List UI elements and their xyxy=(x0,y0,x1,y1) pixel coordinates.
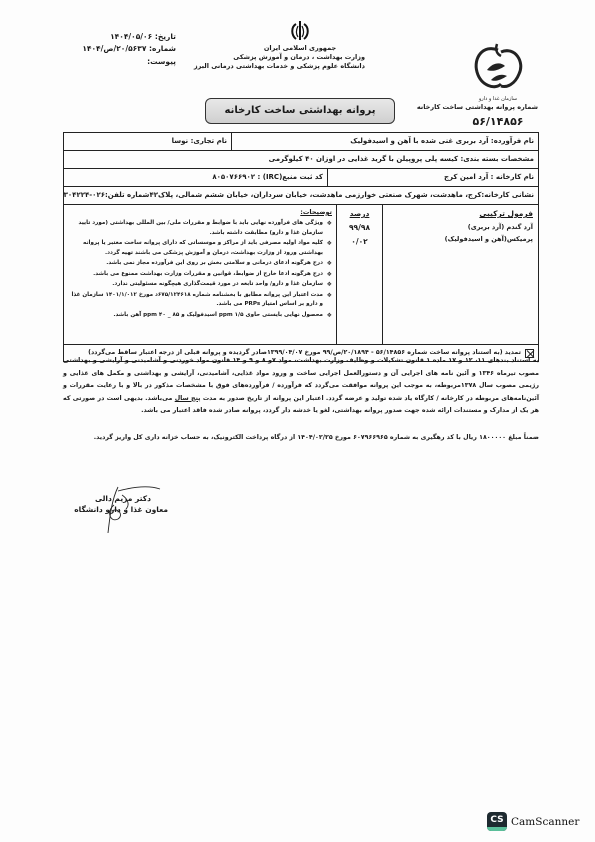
document-title: پروانه بهداشتی ساخت کارخانه xyxy=(205,98,395,124)
ingredient-item: آرد گندم (آرد بربری) xyxy=(388,221,533,233)
factory-address: نشانی کارخانه:کرج، ماهدشت، شهرک صنعتی خو… xyxy=(149,189,534,202)
fda-logo-block: سازمان غذا و دارو شماره پروانه بهداشتی س… xyxy=(458,40,538,128)
irc-code: کد ثبت منبع(IRC) : ۸۰۵۰۷۶۶۹۰۲ xyxy=(64,169,328,186)
signature-stroke-icon xyxy=(78,485,168,535)
percent-column: درصد ۹۹/۹۸ ۰/۰۲ xyxy=(336,205,383,344)
license-table: نام فرآورده: آرد بربری غنی شده با آهن و … xyxy=(63,132,539,362)
license-caption: شماره پروانه بهداشتی ساخت کارخانه xyxy=(458,104,538,112)
note-item: ❖درج هرگونه ادعا خارج از ضوابط، قوانین و… xyxy=(68,270,332,280)
camscanner-text: CamScanner xyxy=(511,816,579,828)
factory-name: نام کارخانه : آرد امین کرج xyxy=(328,169,538,186)
apple-leaf-logo-icon xyxy=(471,40,525,94)
bullet-icon: ❖ xyxy=(323,219,332,238)
notes-column: توضیحات: ❖ویژگی های فرآورده نهایی باید ب… xyxy=(64,205,336,344)
row-product: نام فرآورده: آرد بربری غنی شده با آهن و … xyxy=(64,133,538,151)
camscanner-watermark: CS CamScanner xyxy=(487,812,579,831)
percent-heading: درصد xyxy=(337,209,382,218)
payment-note: ضمناً مبلغ ۱۸۰۰۰۰۰ ریال با کد رهگیری به … xyxy=(63,434,539,441)
bullet-icon: ❖ xyxy=(323,270,332,280)
formula-section: فرمول ترکیبی آرد گندم (آرد بربری) پرمیکس… xyxy=(64,205,538,345)
address-cell: نشانی کارخانه:کرج، ماهدشت، شهرک صنعتی خو… xyxy=(64,187,538,204)
packaging-spec: مشخصات بسته بندی: کیسه پلی پروپیلن با گر… xyxy=(64,151,538,168)
note-item: ❖مدت اعتبار این پروانه مطابق با بخشنامه … xyxy=(68,291,332,310)
license-document: سازمان غذا و دارو شماره پروانه بهداشتی س… xyxy=(0,0,595,842)
ministry-header: جمهوری اسلامی ایران وزارت بهداشت ، درمان… xyxy=(235,20,365,70)
camscanner-logo-icon: CS xyxy=(487,812,507,831)
bullet-icon: ❖ xyxy=(323,291,332,310)
ingredient-item: پرمیکس(آهن و اسیدفولیک) xyxy=(388,233,533,245)
license-number: ۵۶/۱۴۸۵۶ xyxy=(458,115,538,128)
percent-value: ۰/۰۲ xyxy=(337,235,382,249)
bullet-icon: ❖ xyxy=(323,259,332,269)
logo-small-caption: سازمان غذا و دارو xyxy=(458,96,538,102)
notes-heading: توضیحات: xyxy=(68,208,332,216)
bullet-icon: ❖ xyxy=(323,280,332,290)
letter-meta: تاریخ: ۱۴۰۴/۰۵/۰۶ شماره: ۲۰/۵۶۳۷/ص/۱۴۰۴ … xyxy=(66,31,176,68)
factory-phone: شماره تلفن:۰۲۶-۳۷۳۰۴۲۲۴ xyxy=(64,189,149,202)
legal-paragraph: به استناد بندهای ۱۱، ۱۲ و ۱۷ ماده ۱ قانو… xyxy=(63,355,539,418)
bullet-icon: ❖ xyxy=(323,239,332,258)
signature-block: دکتر مریم دالی معاون غذا و دارو دانشگاه xyxy=(78,493,168,515)
ministry-line-1: جمهوری اسلامی ایران xyxy=(235,44,365,53)
iran-emblem-icon xyxy=(290,20,310,42)
bullet-icon: ❖ xyxy=(323,311,332,321)
ministry-line-3: دانشگاه علوم پزشکی و خدمات بهداشتی درمان… xyxy=(235,62,365,71)
ministry-line-2: وزارت بهداشت ، درمان و آموزش پزشکی xyxy=(235,53,365,62)
percent-value: ۹۹/۹۸ xyxy=(337,221,382,235)
note-item: ❖ویژگی های فرآورده نهایی باید با ضوابط و… xyxy=(68,219,332,238)
note-item: ❖درج هرگونه ادعای درمانی و سلامتی بخش بر… xyxy=(68,259,332,269)
formula-heading: فرمول ترکیبی xyxy=(388,209,533,218)
row-packaging: مشخصات بسته بندی: کیسه پلی پروپیلن با گر… xyxy=(64,151,538,169)
validity-period: پنج سال xyxy=(175,395,201,402)
product-name: نام فرآورده: آرد بربری غنی شده با آهن و … xyxy=(232,133,538,150)
letter-number: شماره: ۲۰/۵۶۳۷/ص/۱۴۰۴ xyxy=(66,43,176,55)
letter-date: تاریخ: ۱۴۰۴/۰۵/۰۶ xyxy=(66,31,176,43)
letter-attachment: پیوست: xyxy=(66,56,176,68)
note-item: ❖کلیه مواد اولیه مصرفی باید از مراکز و م… xyxy=(68,239,332,258)
row-factory: نام کارخانه : آرد امین کرج کد ثبت منبع(I… xyxy=(64,169,538,187)
note-item: ❖سازمان غذا و دارو/ واحد تابعه در مورد ق… xyxy=(68,280,332,290)
ingredients-column: فرمول ترکیبی آرد گندم (آرد بربری) پرمیکس… xyxy=(383,205,538,344)
note-item: ❖محصول نهایی بایستی حاوی ppm ۱/۵ اسیدفول… xyxy=(68,311,332,321)
brand-name: نام تجاری: نوسا xyxy=(64,133,232,150)
row-address: نشانی کارخانه:کرج، ماهدشت، شهرک صنعتی خو… xyxy=(64,187,538,205)
